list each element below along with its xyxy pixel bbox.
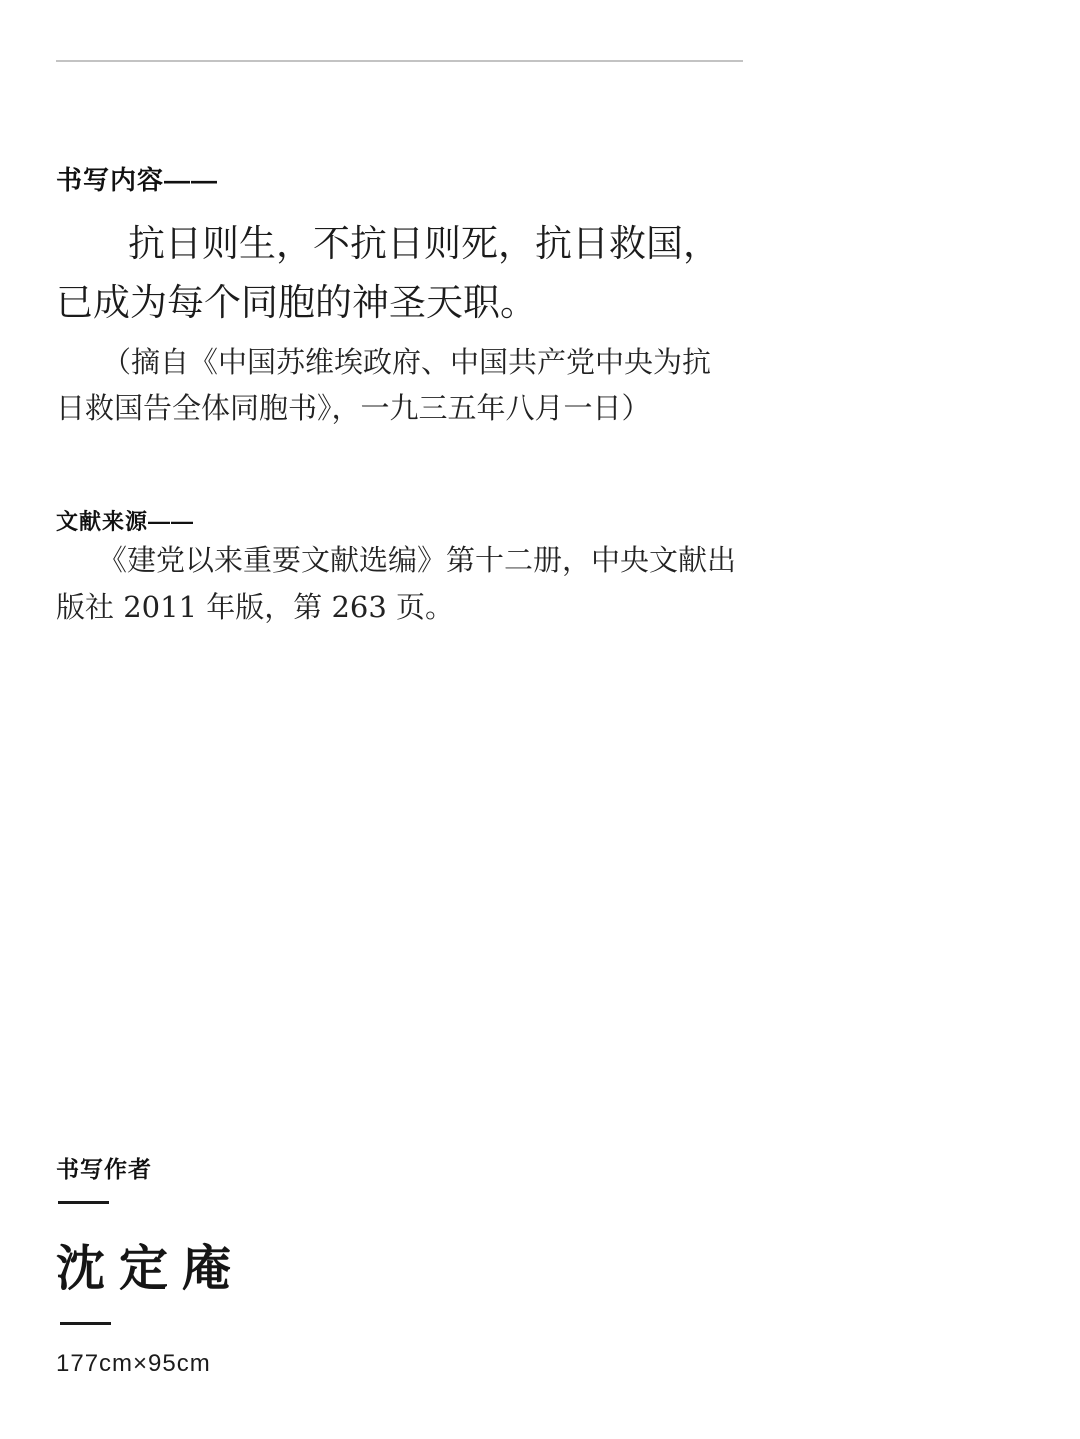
author-name: 沈定庵 bbox=[56, 1230, 245, 1300]
top-divider-rule bbox=[56, 60, 743, 62]
source-line: 版社 2011 年版，第 263 页。 bbox=[56, 584, 776, 631]
source-line: 《建党以来重要文献选编》第十二册，中央文献出 bbox=[56, 537, 776, 584]
attribution-line: 日救国告全体同胞书》，一九三五年八月一日） bbox=[56, 385, 776, 431]
size-separator-dash bbox=[60, 1322, 111, 1325]
quote-text: 抗日则生，不抗日则死，抗日救国， 已成为每个同胞的神圣天职。 bbox=[56, 214, 776, 332]
quote-line: 抗日则生，不抗日则死，抗日救国， bbox=[56, 214, 776, 273]
attribution-line: （摘自《中国苏维埃政府、中国共产党中央为抗 bbox=[56, 339, 776, 385]
quote-attribution: （摘自《中国苏维埃政府、中国共产党中央为抗 日救国告全体同胞书》，一九三五年八月… bbox=[56, 339, 776, 431]
quote-line: 已成为每个同胞的神圣天职。 bbox=[56, 273, 776, 332]
author-separator-dash bbox=[58, 1201, 109, 1204]
artwork-dimensions: 177cm×95cm bbox=[56, 1350, 211, 1378]
source-citation: 《建党以来重要文献选编》第十二册，中央文献出 版社 2011 年版，第 263 … bbox=[56, 537, 776, 631]
author-section-heading: 书写作者 bbox=[56, 1151, 152, 1184]
source-section-heading: 文献来源—— bbox=[56, 505, 194, 536]
article-page: 书写内容—— 抗日则生，不抗日则死，抗日救国， 已成为每个同胞的神圣天职。 （摘… bbox=[0, 0, 1080, 1439]
content-section-heading: 书写内容—— bbox=[56, 160, 218, 197]
